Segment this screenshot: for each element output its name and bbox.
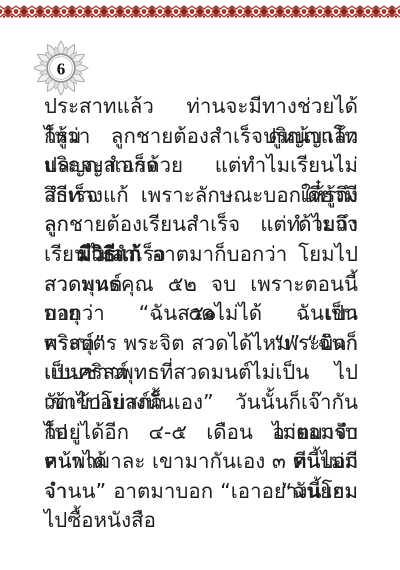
text-line: ก็รู้ว่า ลูกชายต้องสำเร็จปริญญาโท และจะส… — [44, 122, 358, 152]
page-number-medallion: 6 — [32, 39, 90, 97]
text-line: บอกว่า “ฉันสวดไม่ได้ ฉันเป็นคริสต์” “พระ… — [44, 299, 358, 329]
bold-lead-in: มีวิธีแก้ — [78, 242, 141, 266]
body-text: ประสาทแล้ว ท่านจะมีทางช่วยได้ไหม ดูหน้าแ… — [44, 92, 358, 506]
text-line: ก็อยู่ได้อีก ๔-๕ เดือน อาตมาจำหน้าได้ ที… — [44, 418, 358, 448]
text-line: สวดพุทธคุณ ๕๒ จบ เพราะตอนนี้อายุ ๕๑ เขา — [44, 270, 358, 300]
text-line: ปริญญาเอกด้วย แต่ทำไมเรียนไม่สำเร็จ เดี๋… — [44, 151, 358, 181]
text-line: วิธีทางแก้ เพราะลักษณะบอกให้รู้ถึงลูก ด้… — [44, 181, 358, 211]
text-line: คนพามาละ เขามากันเอง ๓ คนบอกว่า “ฉันยอม — [44, 447, 358, 477]
text-line: ประสาทแล้ว ท่านจะมีทางช่วยได้ไหม ดูหน้าแ… — [44, 92, 358, 122]
ornamental-border — [0, 5, 400, 18]
text-line: เข้าไปอย่างนั้นเอง” วันนั้นก็เจ๊ากันไป ไ… — [44, 388, 358, 418]
text-line: พระบุตร พระจิต สวดได้ไหม” “ฉันก็เป็นคริส… — [44, 329, 358, 359]
text-line-paragraph-start: มีวิธีแก้ อาตมาก็บอกว่า โยมไปสวดมนต์ — [44, 240, 358, 270]
text-line: แบบชาวพุทธที่สวดมนต์ไม่เป็น ไปวัดเข้าโบส… — [44, 358, 358, 388]
book-page: { "page_number": "6", "colors": { "borde… — [0, 0, 400, 570]
text-line: จำนน” อาตมาบอก “เอาอย่างนี้โยม ไปซื้อหนั… — [44, 477, 358, 507]
text-line: ลูกชายต้องเรียนสำเร็จ แต่ทำไมถึงเรียนไม่… — [44, 210, 358, 240]
page-number: 6 — [57, 60, 66, 79]
